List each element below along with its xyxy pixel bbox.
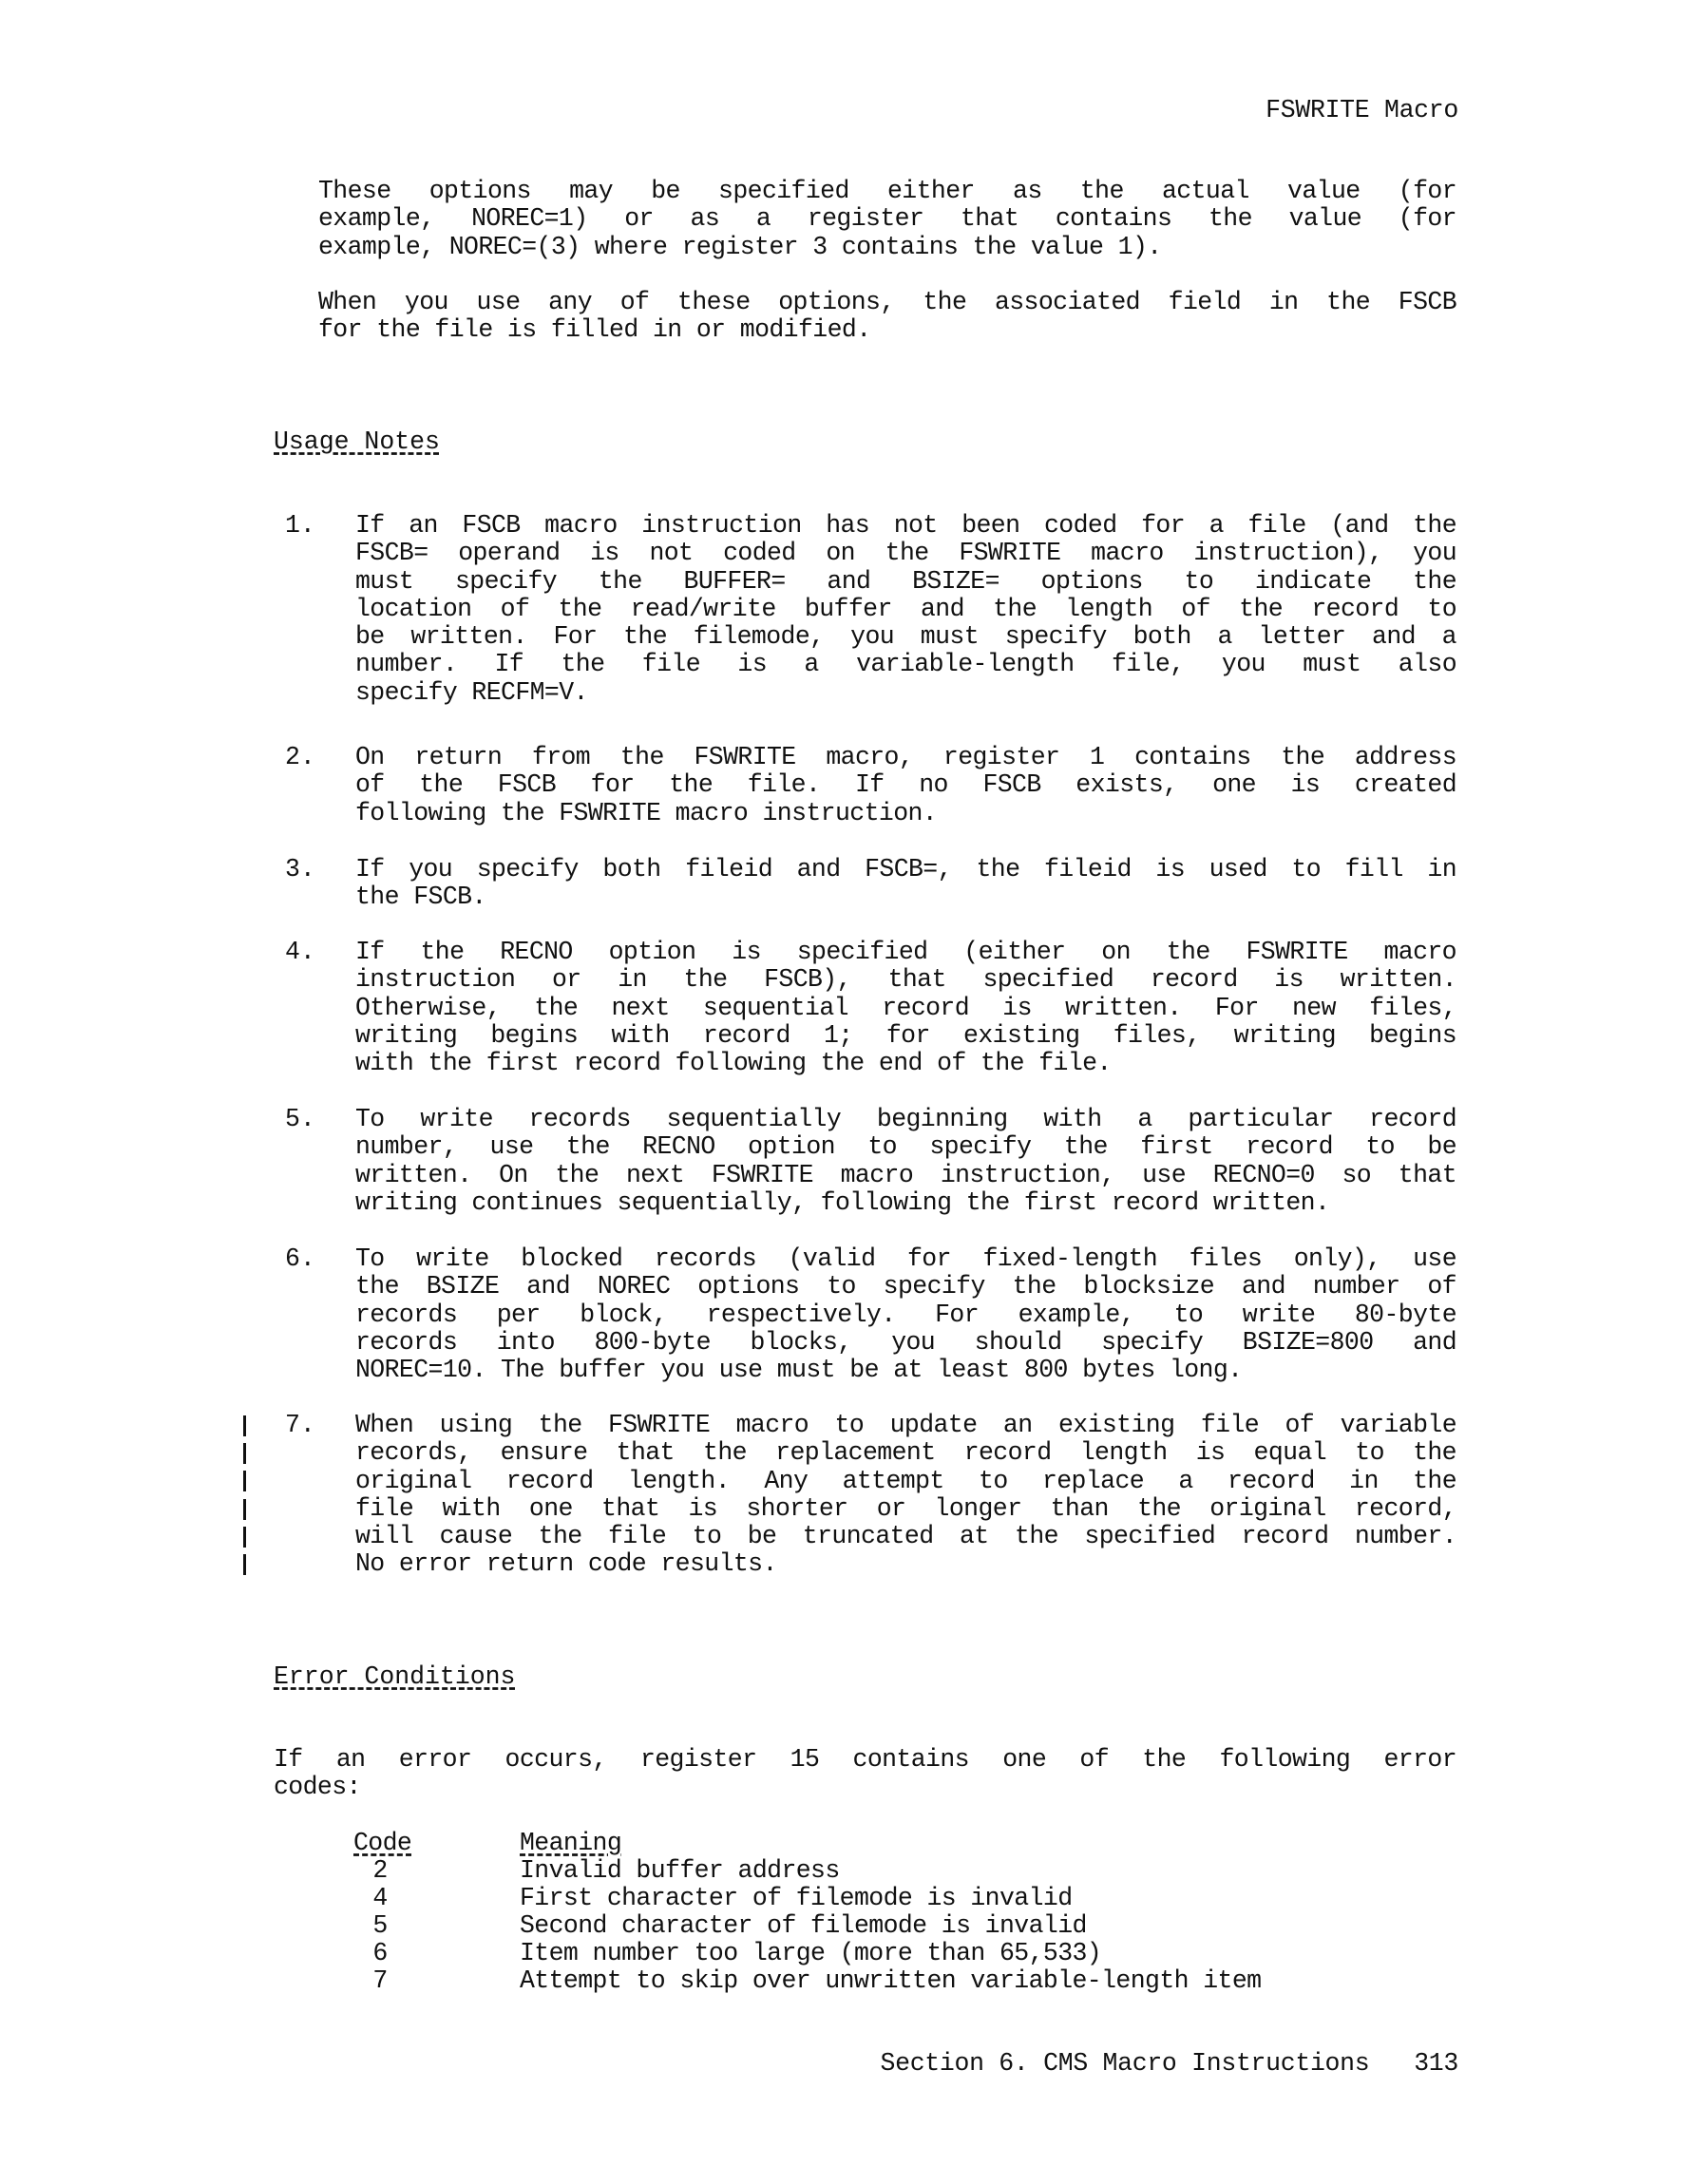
text-line: following the FSWRITE macro instruction. bbox=[355, 800, 1456, 827]
text-line: original record length. Any attempt to r… bbox=[355, 1468, 1456, 1495]
text-line: If the RECNO option is specified (either… bbox=[355, 939, 1456, 966]
page-footer: Section 6. CMS Macro Instructions 313 bbox=[880, 2049, 1458, 2078]
error-meaning: Attempt to skip over unwritten variable-… bbox=[520, 1967, 1261, 1995]
text-line: example, NOREC=(3) where register 3 cont… bbox=[318, 234, 1456, 261]
text-line: will cause the file to be truncated at t… bbox=[355, 1523, 1456, 1550]
list-number: 2. bbox=[285, 744, 315, 771]
text-line: If you specify both fileid and FSCB=, th… bbox=[355, 856, 1456, 883]
error-code: 2 bbox=[353, 1857, 407, 1885]
text-line: writing begins with record 1; for existi… bbox=[355, 1022, 1456, 1050]
list-number: 5. bbox=[285, 1106, 315, 1133]
column-header-meaning: Meaning bbox=[520, 1830, 621, 1857]
list-number: 4. bbox=[285, 939, 315, 966]
text-line: If an error occurs, register 15 contains… bbox=[274, 1746, 1456, 1774]
error-code: 6 bbox=[353, 1940, 407, 1967]
text-line: Otherwise, the next sequential record is… bbox=[355, 995, 1456, 1022]
text-line: file with one that is shorter or longer … bbox=[355, 1495, 1456, 1523]
error-meaning: Item number too large (more than 65,533) bbox=[520, 1940, 1101, 1967]
text-line: of the FSCB for the file. If no FSCB exi… bbox=[355, 771, 1456, 799]
error-code: 5 bbox=[353, 1912, 407, 1940]
error-conditions-heading: Error Conditions bbox=[274, 1662, 515, 1691]
revision-bar bbox=[243, 1499, 246, 1520]
text-line: the BSIZE and NOREC options to specify t… bbox=[355, 1273, 1456, 1301]
text-line: When using the FSWRITE macro to update a… bbox=[355, 1412, 1456, 1439]
text-line: instruction or in the FSCB), that specif… bbox=[355, 966, 1456, 994]
revision-bar bbox=[243, 1527, 246, 1548]
text-line: FSCB= operand is not coded on the FSWRIT… bbox=[355, 540, 1456, 567]
text-line: be written. For the filemode, you must s… bbox=[355, 623, 1456, 651]
list-number: 3. bbox=[285, 856, 315, 883]
text-line: written. On the next FSWRITE macro instr… bbox=[355, 1162, 1456, 1189]
text-line: writing continues sequentially, followin… bbox=[355, 1189, 1456, 1217]
revision-bar bbox=[243, 1443, 246, 1464]
page-number: 313 bbox=[1414, 2049, 1458, 2078]
list-number: 6. bbox=[285, 1245, 315, 1273]
error-meaning: Invalid buffer address bbox=[520, 1857, 840, 1885]
text-line: specify RECFM=V. bbox=[355, 679, 1456, 707]
text-line: for the file is filled in or modified. bbox=[318, 316, 1456, 344]
revision-bar bbox=[243, 1554, 246, 1575]
text-line: NOREC=10. The buffer you use must be at … bbox=[355, 1357, 1456, 1384]
list-number: 1. bbox=[285, 512, 315, 540]
text-line: These options may be specified either as… bbox=[318, 178, 1456, 205]
column-header-code: Code bbox=[353, 1830, 407, 1857]
list-number: 7. bbox=[285, 1412, 315, 1439]
text-line: with the first record following the end … bbox=[355, 1050, 1456, 1077]
text-line: records per block, respectively. For exa… bbox=[355, 1301, 1456, 1329]
error-meaning: First character of filemode is invalid bbox=[520, 1885, 1073, 1912]
revision-bar bbox=[243, 1471, 246, 1491]
text-line: codes: bbox=[274, 1774, 1456, 1801]
text-line: To write blocked records (valid for fixe… bbox=[355, 1245, 1456, 1273]
intro-paragraph-1: These options may be specified either as… bbox=[318, 178, 1456, 261]
text-line: number. If the file is a variable-length… bbox=[355, 651, 1456, 678]
running-header: FSWRITE Macro bbox=[1266, 96, 1458, 124]
usage-notes-heading: Usage Notes bbox=[274, 427, 440, 456]
text-line: On return from the FSWRITE macro, regist… bbox=[355, 744, 1456, 771]
error-code: 4 bbox=[353, 1885, 407, 1912]
text-line: To write records sequentially beginning … bbox=[355, 1106, 1456, 1133]
text-line: When you use any of these options, the a… bbox=[318, 289, 1456, 316]
document-page: FSWRITE Macro These options may be speci… bbox=[0, 0, 1694, 2184]
error-intro-paragraph: If an error occurs, register 15 contains… bbox=[274, 1746, 1456, 1802]
text-line: location of the read/write buffer and th… bbox=[355, 596, 1456, 623]
text-line: records, ensure that the replacement rec… bbox=[355, 1439, 1456, 1467]
intro-paragraph-2: When you use any of these options, the a… bbox=[318, 289, 1456, 345]
footer-section-label: Section 6. CMS Macro Instructions bbox=[880, 2049, 1369, 2078]
text-line: No error return code results. bbox=[355, 1550, 1456, 1578]
revision-bar bbox=[243, 1415, 246, 1436]
error-meaning: Second character of filemode is invalid bbox=[520, 1912, 1087, 1940]
text-line: records into 800-byte blocks, you should… bbox=[355, 1329, 1456, 1357]
text-line: must specify the BUFFER= and BSIZE= opti… bbox=[355, 568, 1456, 596]
text-line: number, use the RECNO option to specify … bbox=[355, 1133, 1456, 1161]
text-line: example, NOREC=1) or as a register that … bbox=[318, 205, 1456, 233]
error-code: 7 bbox=[353, 1967, 407, 1995]
text-line: If an FSCB macro instruction has not bee… bbox=[355, 512, 1456, 540]
text-line: the FSCB. bbox=[355, 883, 1456, 911]
